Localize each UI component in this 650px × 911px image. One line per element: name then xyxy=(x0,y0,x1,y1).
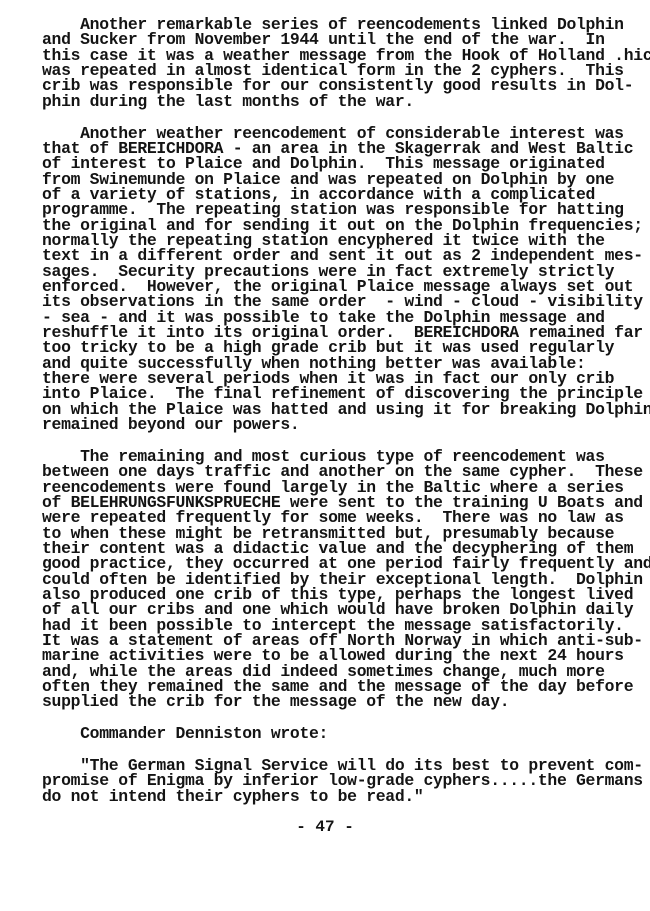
paragraph: Another remarkable series of reencodemen… xyxy=(42,17,642,109)
paragraph: Another weather reencodement of consider… xyxy=(42,126,642,433)
paragraph: "The German Signal Service will do its b… xyxy=(42,758,642,804)
text-line: remained beyond our powers. xyxy=(42,417,642,432)
text-line: Commander Denniston wrote: xyxy=(42,726,642,741)
paragraph: The remaining and most curious type of r… xyxy=(42,449,642,710)
paragraph: Commander Denniston wrote: xyxy=(42,726,642,741)
text-line: do not intend their cyphers to be read." xyxy=(42,789,642,804)
text-line: supplied the crib for the message of the… xyxy=(42,694,642,709)
document-page: Another remarkable series of reencodemen… xyxy=(42,17,642,804)
text-line: phin during the last months of the war. xyxy=(42,94,642,109)
page-number: - 47 - xyxy=(0,818,650,836)
